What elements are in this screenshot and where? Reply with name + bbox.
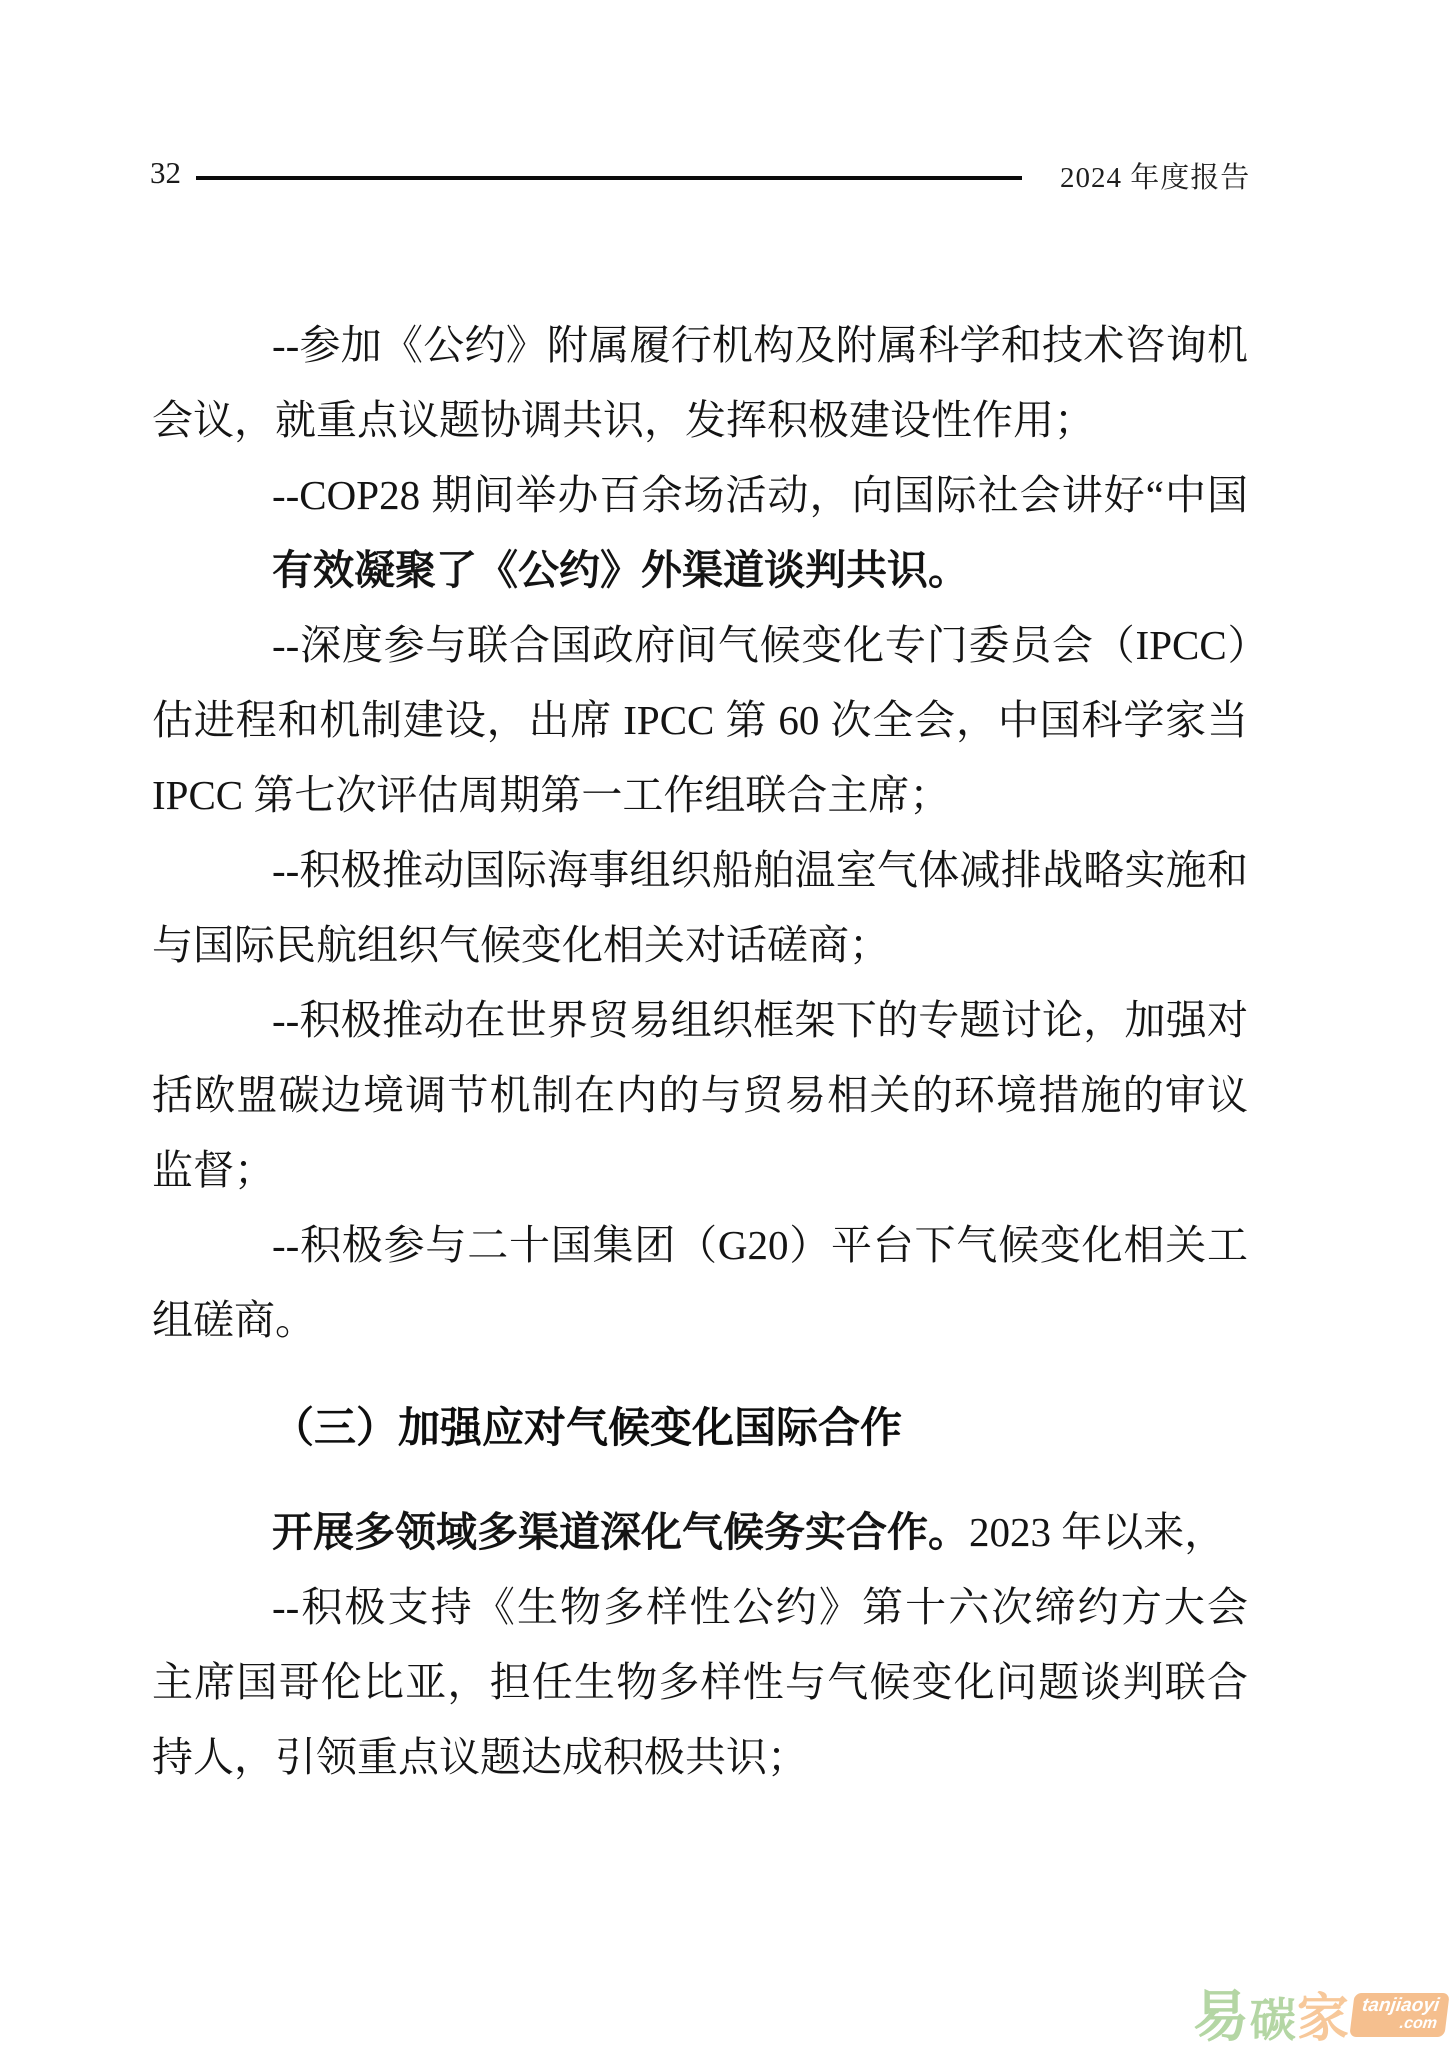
text-segment: --COP28 期间举办百余场活动，向国际社会讲好“中国故事”。	[152, 472, 1248, 533]
text-segment: IPCC 第七次评估周期第一工作组联合主席；	[152, 772, 950, 818]
text-line: --积极参与二十国集团（G20）平台下气候变化相关工作	[152, 1208, 1248, 1283]
text-segment: 持人，引领重点议题达成积极共识；	[152, 1734, 808, 1780]
text-segment: --参加《公约》附属履行机构及附属科学和技术咨询机构	[152, 322, 1248, 383]
bold-text-segment: 开展多领域多渠道深化气候务实合作。	[272, 1509, 969, 1555]
watermark-char: 碳	[1250, 1997, 1296, 2043]
text-line: --参加《公约》附属履行机构及附属科学和技术咨询机构	[152, 308, 1248, 383]
text-line: 开展多领域多渠道深化气候务实合作。2023 年以来，	[152, 1495, 1248, 1570]
text-segment: --积极推动国际海事组织船舶温室气体减排战略实施和参	[152, 847, 1248, 908]
text-line: 组磋商。	[152, 1283, 1248, 1358]
text-line: --积极推动国际海事组织船舶温室气体减排战略实施和参	[152, 833, 1248, 908]
text-segment: 2023 年以来，	[969, 1509, 1225, 1555]
text-line: --积极支持《生物多样性公约》第十六次缔约方大会（COP16）	[152, 1570, 1248, 1645]
text-segment: 组磋商。	[152, 1297, 316, 1343]
text-segment: 主席国哥伦比亚，担任生物多样性与气候变化问题谈判联合主	[152, 1659, 1248, 1720]
document-page: 32 2024 年度报告 --参加《公约》附属履行机构及附属科学和技术咨询机构会…	[0, 0, 1449, 2047]
text-segment: 估进程和机制建设，出席 IPCC 第 60 次全会，中国科学家当选	[152, 697, 1248, 758]
text-line: 监督；	[152, 1133, 1248, 1208]
header-title: 2024 年度报告	[1060, 160, 1250, 196]
text-segment: 与国际民航组织气候变化相关对话磋商；	[152, 922, 890, 968]
watermark-char: 易	[1193, 1989, 1249, 2045]
watermark-badge: tanjiaoyi .com	[1349, 1993, 1449, 2037]
text-line: --COP28 期间举办百余场活动，向国际社会讲好“中国故事”。	[152, 458, 1248, 533]
text-segment: --积极支持《生物多样性公约》第十六次缔约方大会（COP16）	[152, 1584, 1248, 1645]
watermark-logo: 易碳家 tanjiaoyi .com	[1193, 1989, 1447, 2045]
page-number: 32	[150, 155, 181, 191]
header-rule	[196, 176, 1022, 180]
text-segment: --积极推动在世界贸易组织框架下的专题讨论，加强对包	[152, 997, 1248, 1058]
text-segment: 括欧盟碳边境调节机制在内的与贸易相关的环境措施的审议	[152, 1072, 1248, 1118]
text-segment: 监督；	[152, 1147, 275, 1193]
watermark-char: 家	[1297, 1993, 1349, 2045]
bold-text-segment: （三）加强应对气候变化国际合作	[272, 1404, 902, 1451]
text-segment: 会议，就重点议题协调共识，发挥积极建设性作用；	[152, 397, 1095, 443]
text-line: --积极推动在世界贸易组织框架下的专题讨论，加强对包	[152, 983, 1248, 1058]
text-line: 会议，就重点议题协调共识，发挥积极建设性作用；	[152, 383, 1248, 458]
watermark-badge-line1: tanjiaoyi	[1361, 1996, 1441, 2016]
text-line: 估进程和机制建设，出席 IPCC 第 60 次全会，中国科学家当选	[152, 683, 1248, 758]
text-line: 有效凝聚了《公约》外渠道谈判共识。	[152, 533, 1248, 608]
watermark-chars: 易碳家	[1193, 1989, 1349, 2045]
text-line: 括欧盟碳边境调节机制在内的与贸易相关的环境措施的审议	[152, 1058, 1248, 1133]
text-line: --深度参与联合国政府间气候变化专门委员会（IPCC）评	[152, 608, 1248, 683]
text-line: 与国际民航组织气候变化相关对话磋商；	[152, 908, 1248, 983]
section-heading: （三）加强应对气候变化国际合作	[152, 1390, 1248, 1465]
bold-text-segment: 有效凝聚了《公约》外渠道谈判共识。	[272, 547, 969, 593]
document-body: --参加《公约》附属履行机构及附属科学和技术咨询机构会议，就重点议题协调共识，发…	[152, 308, 1248, 1795]
text-line: 主席国哥伦比亚，担任生物多样性与气候变化问题谈判联合主	[152, 1645, 1248, 1720]
text-segment: --积极参与二十国集团（G20）平台下气候变化相关工作	[152, 1222, 1248, 1283]
text-line: IPCC 第七次评估周期第一工作组联合主席；	[152, 758, 1248, 833]
watermark-badge-line2: .com	[1359, 2016, 1438, 2033]
text-line: 持人，引领重点议题达成积极共识；	[152, 1720, 1248, 1795]
text-segment: --深度参与联合国政府间气候变化专门委员会（IPCC）评	[152, 622, 1248, 683]
